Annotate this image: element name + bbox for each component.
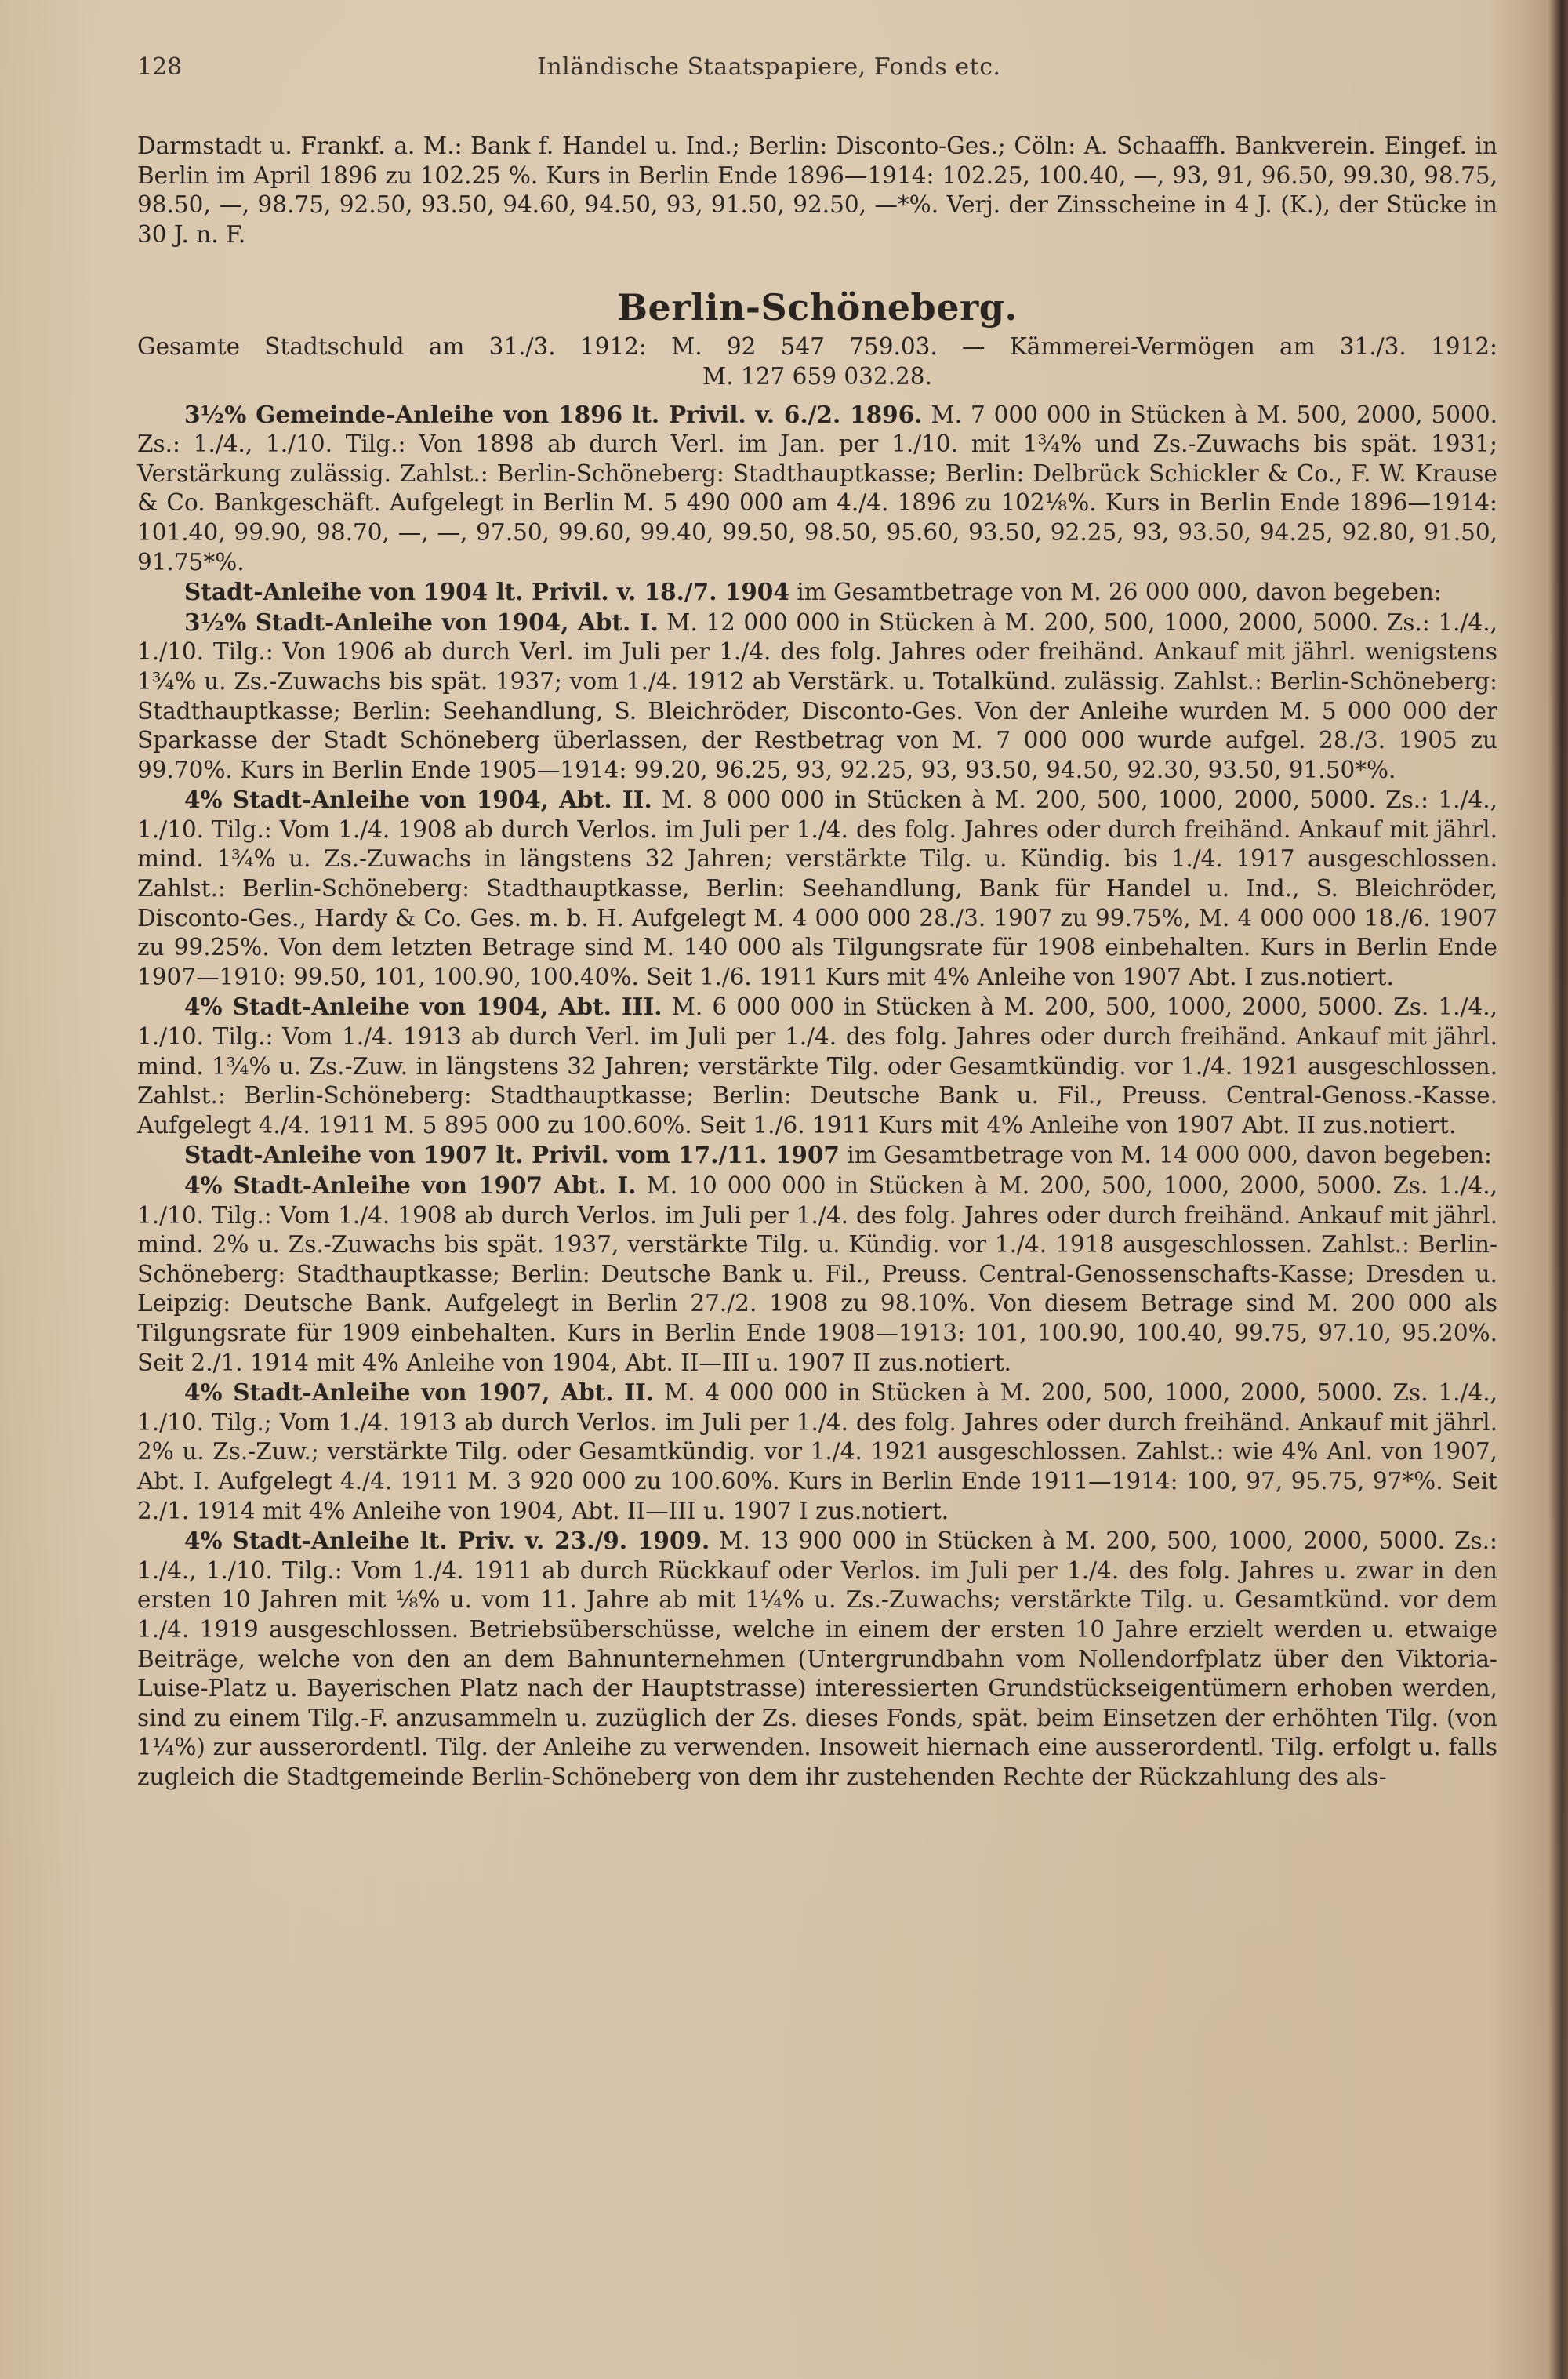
running-head: 128 Inländische Staatspapiere, Fonds etc… bbox=[137, 53, 1497, 85]
loan-entry-1904-abt-1: 3½% Stadt-Anleihe von 1904, Abt. I. M. 1… bbox=[137, 608, 1497, 786]
entry-heading: Stadt-Anleihe von 1907 lt. Privil. vom 1… bbox=[184, 1141, 840, 1168]
entry-heading: 4% Stadt-Anleihe von 1904, Abt. II. bbox=[184, 786, 652, 813]
entry-text: M. 10 000 000 in Stücken à M. 200, 500, … bbox=[137, 1172, 1497, 1376]
entry-text: im Gesamtbetrage von M. 26 000 000, davo… bbox=[797, 579, 1442, 605]
loan-entry-1907-total: Stadt-Anleihe von 1907 lt. Privil. vom 1… bbox=[137, 1140, 1497, 1171]
loan-entry-1907-abt-2: 4% Stadt-Anleihe von 1907, Abt. II. M. 4… bbox=[137, 1378, 1497, 1526]
running-title: Inländische Staatspapiere, Fonds etc. bbox=[537, 53, 1001, 81]
entry-heading: Stadt-Anleihe von 1904 lt. Privil. v. 18… bbox=[184, 578, 789, 605]
loan-entry-1909: 4% Stadt-Anleihe lt. Priv. v. 23./9. 190… bbox=[137, 1526, 1497, 1792]
section-title: Berlin-Schöneberg. bbox=[137, 287, 1497, 328]
entry-text: M. 8 000 000 in Stücken à M. 200, 500, 1… bbox=[137, 786, 1497, 990]
entry-text: im Gesamtbetrage von M. 14 000 000, davo… bbox=[847, 1142, 1492, 1168]
entry-heading: 4% Stadt-Anleihe von 1907, Abt. II. bbox=[184, 1378, 654, 1406]
loan-entry-1896: 3½% Gemeinde-Anleihe von 1896 lt. Privil… bbox=[137, 400, 1497, 578]
entry-heading: 4% Stadt-Anleihe von 1907 Abt. I. bbox=[184, 1171, 636, 1199]
section-summary-line1: Gesamte Stadtschuld am 31./3. 1912: M. 9… bbox=[137, 332, 1497, 362]
loan-entry-1904-abt-3: 4% Stadt-Anleihe von 1904, Abt. III. M. … bbox=[137, 992, 1497, 1140]
page-number: 128 bbox=[137, 53, 182, 81]
entry-heading: 4% Stadt-Anleihe von 1904, Abt. III. bbox=[184, 993, 662, 1020]
entry-heading: 3½% Gemeinde-Anleihe von 1896 lt. Privil… bbox=[184, 401, 922, 428]
entry-text: M. 13 900 000 in Stücken à M. 200, 500, … bbox=[137, 1527, 1497, 1790]
page-content: Darmstadt u. Frankf. a. M.: Bank f. Hand… bbox=[137, 132, 1497, 1792]
loan-entry-1907-abt-1: 4% Stadt-Anleihe von 1907 Abt. I. M. 10 … bbox=[137, 1171, 1497, 1378]
intro-paragraph: Darmstadt u. Frankf. a. M.: Bank f. Hand… bbox=[137, 132, 1497, 249]
section-summary-line2: M. 127 659 032.28. bbox=[137, 362, 1497, 392]
entry-heading: 3½% Stadt-Anleihe von 1904, Abt. I. bbox=[184, 608, 659, 636]
loan-entry-1904-total: Stadt-Anleihe von 1904 lt. Privil. v. 18… bbox=[137, 577, 1497, 608]
entry-heading: 4% Stadt-Anleihe lt. Priv. v. 23./9. 190… bbox=[184, 1527, 710, 1554]
loan-entry-1904-abt-2: 4% Stadt-Anleihe von 1904, Abt. II. M. 8… bbox=[137, 785, 1497, 992]
